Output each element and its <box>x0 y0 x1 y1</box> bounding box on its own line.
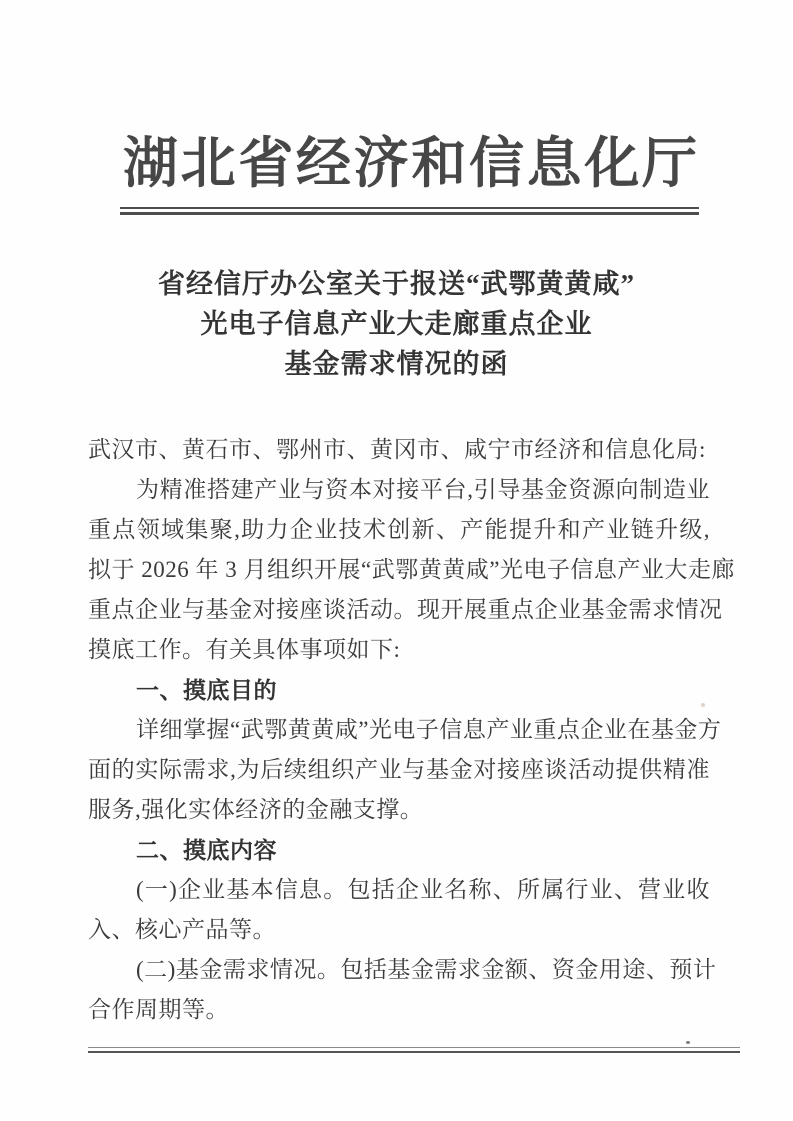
body-line: 重点领域集聚,助力企业技术创新、产能提升和产业链升级, <box>88 510 710 550</box>
document-body: 武汉市、黄石市、鄂州市、黄冈市、咸宁市经济和信息化局: 为精准搭建产业与资本对接… <box>88 430 710 1030</box>
body-line: 详细掌握“武鄂黄黄咸”光电子信息产业重点企业在基金方 <box>88 710 710 750</box>
body-line: 服务,强化实体经济的金融支撑。 <box>88 790 710 830</box>
body-line: (一)企业基本信息。包括企业名称、所属行业、营业收 <box>88 870 710 910</box>
body-line: 重点企业与基金对接座谈活动。现开展重点企业基金需求情况 <box>88 590 710 630</box>
body-line: 入、核心产品等。 <box>88 910 710 950</box>
salutation-line: 武汉市、黄石市、鄂州市、黄冈市、咸宁市经济和信息化局: <box>88 430 710 470</box>
scanned-document-page: 湖北省经济和信息化厅 省经信厅办公室关于报送“武鄂黄黄咸” 光电子信息产业大走廊… <box>0 0 793 1121</box>
scan-speck <box>701 703 705 707</box>
body-line: 拟于 2026 年 3 月组织开展“武鄂黄黄咸”光电子信息产业大走廊 <box>88 550 710 590</box>
body-line: 合作周期等。 <box>88 990 710 1030</box>
letterhead-agency-name: 湖北省经济和信息化厅 <box>123 132 697 196</box>
body-line: 为精准搭建产业与资本对接平台,引导基金资源向制造业 <box>88 470 710 510</box>
scan-speck <box>686 1041 690 1044</box>
document-title: 省经信厅办公室关于报送“武鄂黄黄咸” 光电子信息产业大走廊重点企业 基金需求情况… <box>0 264 793 384</box>
section-heading-2: 二、摸底内容 <box>88 830 710 870</box>
footer-double-rule <box>88 1047 740 1053</box>
body-line: 面的实际需求,为后续组织产业与基金对接座谈活动提供精准 <box>88 750 710 790</box>
body-line: (二)基金需求情况。包括基金需求金额、资金用途、预计 <box>88 950 710 990</box>
letterhead-double-rule <box>120 207 699 215</box>
document-title-line-3: 基金需求情况的函 <box>0 344 793 384</box>
body-line: 摸底工作。有关具体事项如下: <box>88 630 710 670</box>
document-title-line-2: 光电子信息产业大走廊重点企业 <box>0 304 793 344</box>
section-heading-1: 一、摸底目的 <box>88 670 710 710</box>
document-title-line-1: 省经信厅办公室关于报送“武鄂黄黄咸” <box>0 264 793 304</box>
